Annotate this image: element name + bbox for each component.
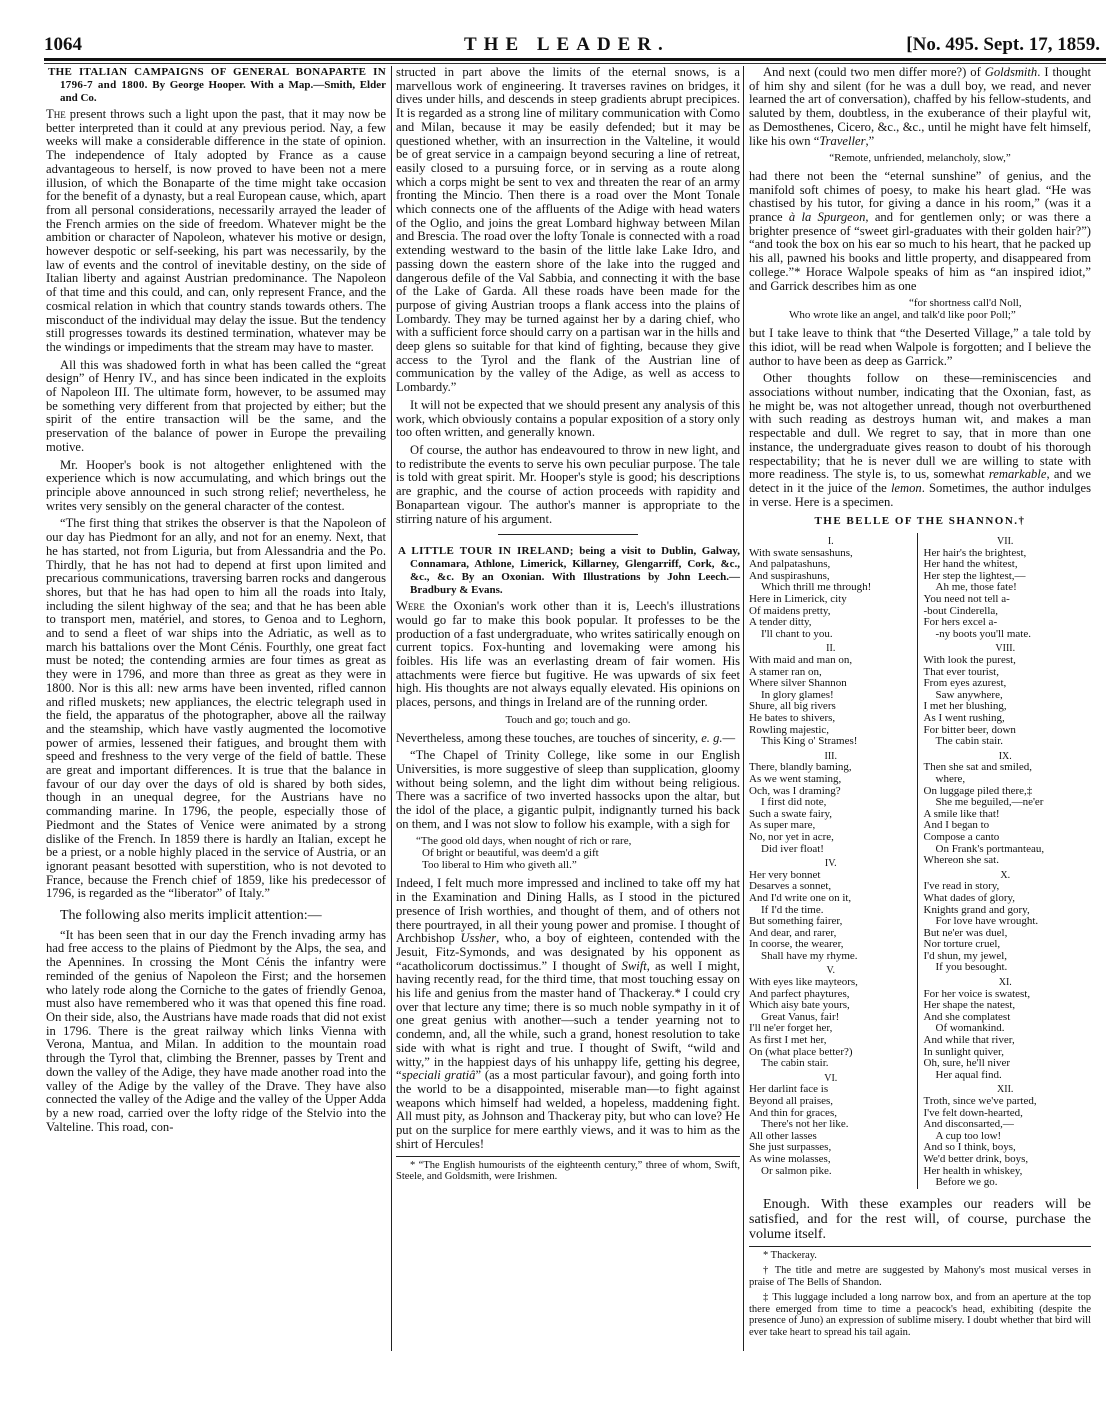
poem-line: Her aqual find. (924, 1070, 1088, 1082)
poem-line: With look the purest, (924, 655, 1088, 667)
paragraph: Mr. Hooper's book is not altogether enli… (46, 459, 386, 514)
poem-line: Whereon she sat. (924, 855, 1088, 867)
poem-line: As I went rushing, (924, 713, 1088, 725)
footnote: * Thackeray. (749, 1250, 1091, 1262)
quoted-paragraph: “The first thing that strikes the observ… (46, 517, 386, 901)
stanza-number: IV. (749, 858, 913, 870)
poem-column-left: I.With swate sensashuns,And palpatashuns… (749, 533, 917, 1189)
masthead: 1064 THE LEADER. [No. 495. Sept. 17, 185… (44, 34, 1106, 56)
poem-line: If you besought. (924, 962, 1088, 974)
paragraph: Indeed, I felt much more impressed and i… (396, 877, 740, 1151)
column-3: And next (could two men differ more?) of… (749, 66, 1091, 1342)
verse-quote: “Remote, unfriended, melancholy, slow,” (749, 152, 1091, 166)
footnote: † The title and metre are suggested by M… (749, 1265, 1091, 1288)
issue-date: [No. 495. Sept. 17, 1859. (906, 34, 1100, 56)
poem-line: I'll chant to you. (749, 629, 913, 641)
poem-line: I first did note, (749, 797, 913, 809)
poem-line: No, nor yet in acre, (749, 832, 913, 844)
poem-line: where, (924, 774, 1088, 786)
stanza-number: I. (749, 536, 913, 548)
poem-line: Did iver float! (749, 844, 913, 856)
poem-line: And I'd write one on it, (749, 893, 913, 905)
poem-line: As we went staming, (749, 774, 913, 786)
poem-line: Compose a canto (924, 832, 1088, 844)
poem-line: The cabin stair. (749, 1058, 913, 1070)
poem-line: What dades of glory, (924, 893, 1088, 905)
quoted-paragraph: structed in part above the limits of the… (396, 66, 740, 395)
poem-line: With eyes like mayteors, (749, 977, 913, 989)
newspaper-title: THE LEADER. (464, 34, 670, 56)
quoted-paragraph: “It has been seen that in our day the Fr… (46, 929, 386, 1135)
quoted-paragraph: “The Chapel of Trinity College, like som… (396, 749, 740, 831)
poem-line: Beyond all praises, (749, 1096, 913, 1108)
stanza-number: VII. (924, 536, 1088, 548)
paragraph: And next (could two men differ more?) of… (749, 66, 1091, 148)
poem-line: Before we go. (924, 1177, 1088, 1189)
paragraph: Of course, the author has endeavoured to… (396, 444, 740, 526)
poem-line: He bates to shivers, (749, 713, 913, 725)
footnote-rule (749, 1246, 1091, 1247)
poem-line: This King o' Strames! (749, 736, 913, 748)
poem-line: With maid and man on, (749, 655, 913, 667)
paragraph: Nevertheless, among these touches, are t… (396, 732, 740, 746)
paragraph: Other thoughts follow on these—reminisce… (749, 372, 1091, 509)
column-divider (391, 66, 392, 1351)
stanza-number: XI. (924, 977, 1088, 989)
poem-line: Troth, since we've parted, (924, 1096, 1088, 1108)
review-title: A LITTLE TOUR IN IRELAND; (398, 545, 574, 557)
paragraph: All this was shadowed forth in what has … (46, 359, 386, 455)
footnote: * “The English humourists of the eightee… (396, 1160, 740, 1183)
column-1: THE ITALIAN CAMPAIGNS OF GENERAL BONAPAR… (46, 66, 386, 1138)
masthead-rule-thin (44, 63, 1106, 64)
poem-line: For love have wrought. (924, 916, 1088, 928)
paragraph: had there not been the “eternal sunshine… (749, 170, 1091, 293)
column-divider (743, 66, 744, 1351)
poem-line: -ny boots you'll mate. (924, 629, 1088, 641)
verse-quote: “for shortness call'd Noll, Who wrote li… (789, 297, 1091, 321)
paragraph: Enough. With these examples our readers … (749, 1197, 1091, 1242)
lead-word: Were (396, 599, 425, 613)
dropcap-word: The (46, 107, 66, 121)
footnote-rule (396, 1156, 740, 1157)
paragraph: Were the Oxonian's work other than it is… (396, 600, 740, 710)
review-heading: A LITTLE TOUR IN IRELAND; being a visit … (396, 545, 740, 597)
review-heading: THE ITALIAN CAMPAIGNS OF GENERAL BONAPAR… (46, 66, 386, 105)
poem-line: Or salmon pike. (749, 1166, 913, 1178)
article-separator (498, 534, 638, 535)
motto: Touch and go; touch and go. (396, 714, 740, 728)
poem: I.With swate sensashuns,And palpatashuns… (749, 533, 1091, 1189)
page-number: 1064 (44, 34, 82, 56)
poem-line: We'd better drink, boys, (924, 1154, 1088, 1166)
masthead-rule (44, 58, 1106, 61)
poem-title: THE BELLE OF THE SHANNON.† (749, 515, 1091, 529)
poem-line: As wine molasses, (749, 1154, 913, 1166)
poem-line: The cabin stair. (924, 736, 1088, 748)
paragraph: The present throws such a light upon the… (46, 108, 386, 355)
footnote: ‡ This luggage included a long narrow bo… (749, 1292, 1091, 1338)
poem-line: She me beguiled,—ne'er (924, 797, 1088, 809)
column-2: structed in part above the limits of the… (396, 66, 740, 1187)
paragraph: but I take leave to think that “the Dese… (749, 327, 1091, 368)
poem-line: You need not tell a- (924, 594, 1088, 606)
poem-line: But something fairer, (749, 916, 913, 928)
poem-line: As first I met her, (749, 1035, 913, 1047)
verse-quote: “The good old days, when nought of rich … (416, 835, 740, 871)
poem-column-right: VII.Her hair's the brightest,Her hand th… (917, 533, 1092, 1189)
poem-line: And while that river, (924, 1035, 1088, 1047)
poem-line: Shall have my rhyme. (749, 951, 913, 963)
paragraph: The following also merits implicit atten… (46, 909, 386, 923)
paragraph: It will not be expected that we should p… (396, 399, 740, 440)
poem-line: Here in Limerick, city (749, 594, 913, 606)
